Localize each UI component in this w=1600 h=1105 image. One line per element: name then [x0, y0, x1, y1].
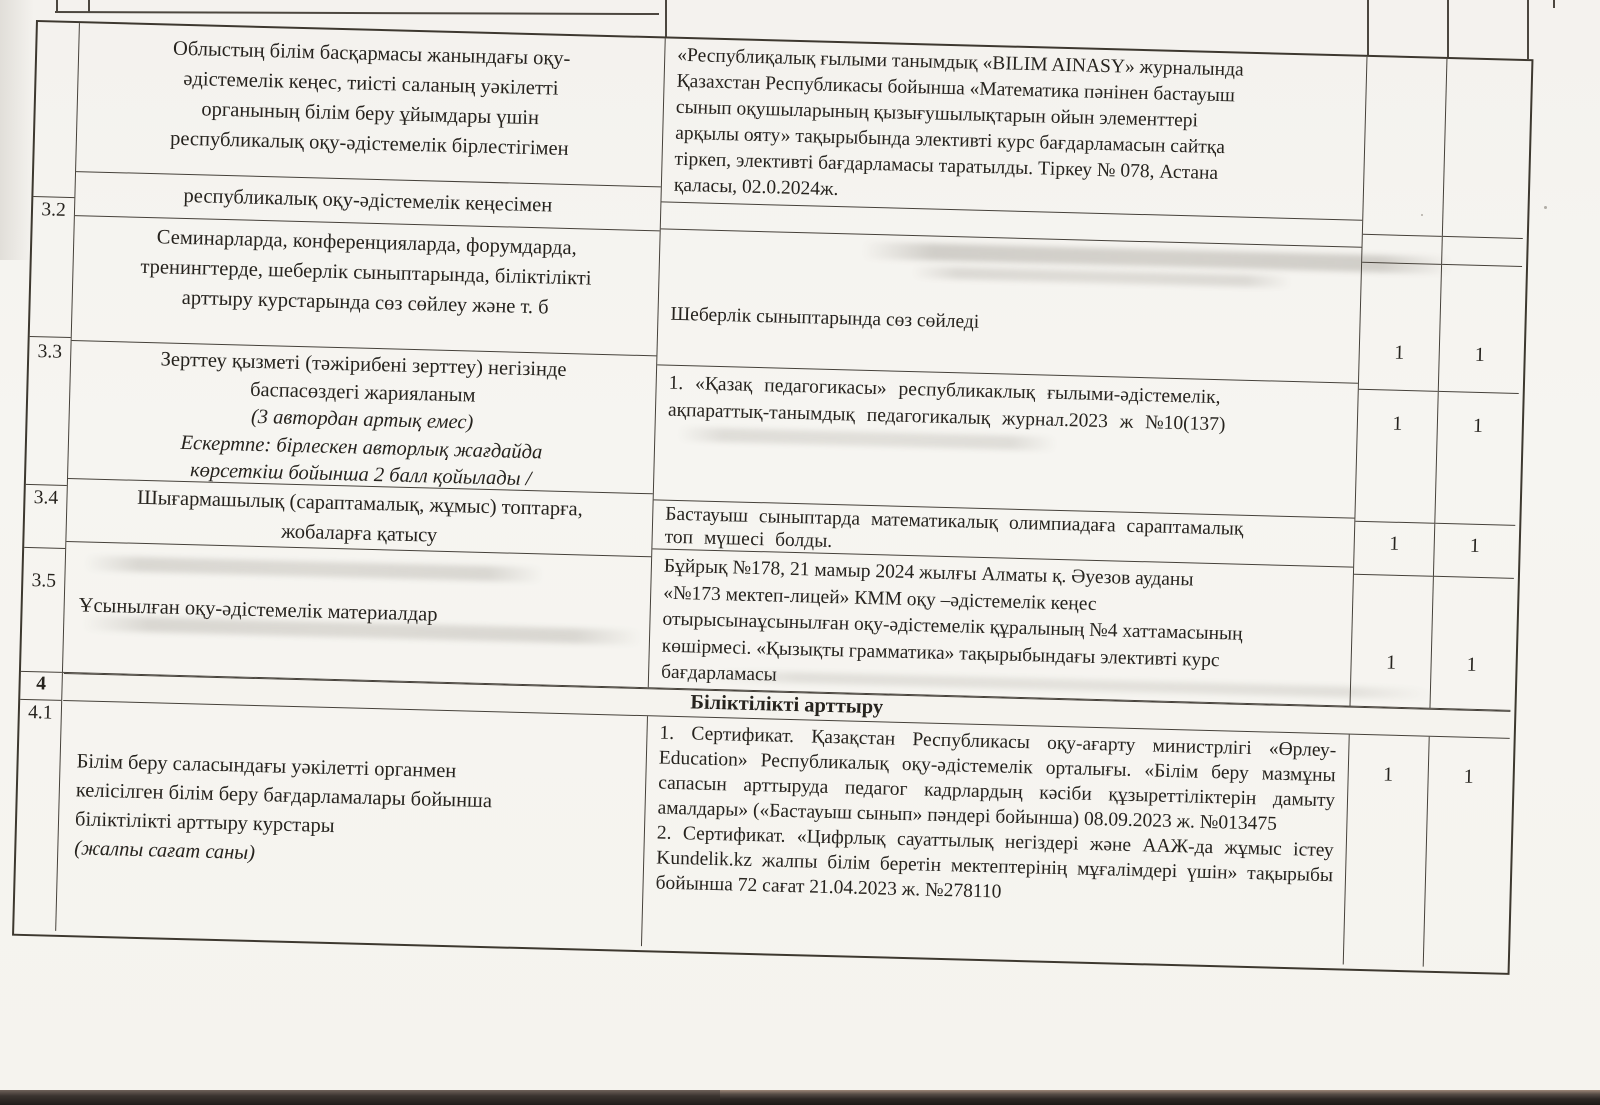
cell-score2-3-4: 1: [1434, 524, 1515, 579]
cell-score2-3-3: 1: [1435, 392, 1518, 526]
cell-score2-4-1: 1: [1424, 737, 1510, 969]
desc-3-3-main: Зерттеу қызметі (тәжірибені зерттеу) нег…: [160, 348, 566, 406]
scan-artifact-tick: [1553, 0, 1555, 8]
certificate-entry-1: 1. Сертификат. Қазақстан Республикасы оқ…: [657, 721, 1336, 839]
cell-score1-3-3: 1: [1355, 390, 1437, 524]
scan-speck: [1544, 206, 1547, 209]
cell-num-3-3: 3.3: [26, 337, 71, 486]
scan-artifact-tick: [88, 0, 90, 13]
cell-num-4-1: 4.1: [14, 700, 61, 931]
cell-score1-3-4: 1: [1354, 522, 1434, 577]
cell-desc-3-3: Зерттеу қызметі (тәжірибені зерттеу) нег…: [68, 341, 656, 494]
cell-score-blank: [1443, 59, 1528, 239]
scan-artifact-column-line: [665, 0, 667, 37]
scan-artifact-column-line: [1527, 0, 1529, 59]
cell-num-4: 4: [20, 672, 62, 701]
scan-artifact-prev-row-line: [55, 11, 659, 15]
scan-artifact-column-line: [1367, 0, 1369, 55]
scan-artifact-tick: [56, 0, 58, 13]
cell-score2-3-2: 1: [1439, 265, 1522, 394]
cell-score-blank: [1363, 57, 1447, 237]
desc-4-1-main: Білім беру саласындағы уәкілетті органме…: [75, 750, 492, 837]
cell-score-blank: [1442, 237, 1523, 267]
cell-score2-3-5: 1: [1430, 577, 1513, 711]
scanner-edge-bar: [0, 1090, 1600, 1105]
cell-num-3-2: 3.2: [30, 197, 75, 338]
cell-desc-3-2: Семинарларда, конференцияларда, форумдар…: [72, 216, 660, 356]
cell-score1-3-2: 1: [1359, 263, 1441, 392]
cell-num-3-4: 3.4: [24, 485, 67, 549]
desc-4-1-note: (жалпы сағат саны): [74, 834, 634, 878]
cell-num-blank: [33, 22, 79, 198]
cell-desc-31-main: Облыстың білім басқармасы жанындағы оқу-…: [76, 23, 665, 187]
scan-artifact-column-line: [1447, 0, 1449, 57]
qualification-table: 3.2 3.3 3.4 3.5 4 4.1 Облыстың білім бас…: [12, 20, 1533, 975]
cell-details-31: «Республиқалық ғылыми танымдық «BILIM AI…: [661, 38, 1366, 220]
cell-desc-4-1: Білім беру саласындағы уәкілетті органме…: [56, 701, 647, 946]
cell-details-4-1: 1. Сертификат. Қазақстан Республикасы оқ…: [642, 716, 1349, 964]
column-criteria: Облыстың білім басқармасы жанындағы оқу-…: [56, 23, 666, 946]
cell-score1-4-1: 1: [1344, 735, 1429, 967]
column-evidence: «Республиқалық ғылыми танымдық «BILIM AI…: [642, 38, 1368, 964]
scanned-document-page: { "colors": { "paper": "#f5f3ee", "ink":…: [0, 0, 1600, 1105]
cell-num-3-5: 3.5: [21, 548, 65, 673]
